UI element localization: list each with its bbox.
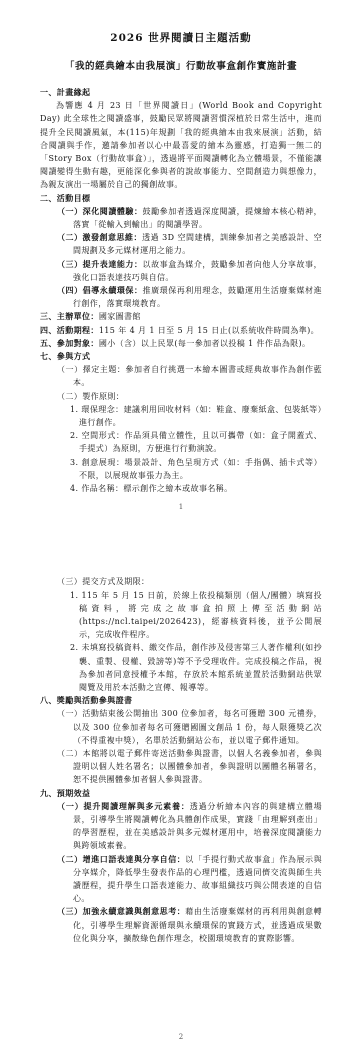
section-1-paragraph: 為響應 4 月 23 日「世界閱讀日」(World Book and Copyr… [40,99,322,191]
list-item: （二）製作原則： [57,390,322,403]
list-item: （四）倡導永續環保：推廣環保再利用理念，鼓勵運用生活廢棄媒材進行創作，落實環境教… [57,284,322,310]
list-item: （三）提交方式及期限： [57,575,322,588]
section-3-label: 三、主辦單位： [40,311,99,321]
list-item-label: （二）增進口語表達與分享自信： [57,854,185,864]
list-item: （一）擇定主題：參加者自行挑選一本繪本圖書或經典故事作為創作藍本。 [57,363,322,389]
section-5-line: 五、參加對象：國小（含）以上民眾(每一參加者以投稿 1 件作品為限)。 [40,337,322,350]
numbered-item: 2. 空間形式：作品須具備立體性，且以可攜帶（如：盒子開蓋式、手提式）為原則，方… [70,429,322,455]
section-5-text: 國小（含）以上民眾(每一參加者以投稿 1 件作品為限)。 [99,339,311,348]
document-page-1: 2026 世界閱讀日主題活動 「我的經典繪本由我展演」行動故事盒創作實施計畫 一… [0,0,362,517]
section-heading-1: 一、計畫緣起 [40,86,322,99]
section-heading-7: 七、參與方式 [40,350,322,363]
section-5-label: 五、參加對象： [40,338,99,348]
list-item: （三）提升表達能力：以故事盒為媒介，鼓勵參加者向他人分享故事，強化口語表達技巧與… [57,258,322,284]
section-3-line: 三、主辦單位：國家圖書館 [40,310,322,323]
section-heading-9: 九、預期效益 [40,787,322,800]
doc-title: 2026 世界閱讀日主題活動 [40,30,322,45]
numbered-item: 1. 環保理念：建議利用回收材料（如：鞋盒、廢棄紙盒、包裝紙等）進行創作。 [70,403,322,429]
list-item: （一）活動結束後公開抽出 300 位參加者，每名可獲贈 300 元禮券，以及 3… [57,707,322,747]
section-4-label: 四、活動期程： [40,325,99,335]
document-page-2: （三）提交方式及期限： 1. 115 年 5 月 15 日前，於線上依投稿類別（… [0,517,362,1051]
section-heading-8: 八、獎勵與活動參與證書 [40,694,322,707]
list-item: （一）提升閱讀理解與多元素養：透過分析繪本內容的與建構立體場景，引導學生將閱讀轉… [57,800,322,853]
section-3-text: 國家圖書館 [99,312,141,321]
page-number-2: 2 [40,1025,322,1041]
list-item-label: （二）激發創意思維： [57,232,142,242]
list-item: （二）本館將以電子郵件寄送活動參與證書，以個人名義參加者，參與證明以個人姓名署名… [57,747,322,787]
list-item: （二）激發創意思維：透過 3D 空間建構，訓練參加者之美感設計、空間規劃及多元媒… [57,231,322,257]
list-item-label: （一）深化閱讀體驗： [57,206,143,216]
list-item: （三）加強永續意識與創意思考：藉由生活廢棄媒材的再利用與創意轉化，引導學生理解資… [57,905,322,945]
section-heading-2: 二、活動目標 [40,192,322,205]
list-item-label: （一）提升閱讀理解與多元素養： [57,801,190,811]
numbered-item: 2. 未填寫投稿資料、繳交作品，創作涉及侵害第三人著作權利(如抄襲、重製、侵權、… [70,641,322,694]
numbered-item: 3. 創意展現：場景設計、角色呈現方式（如：手指偶、插卡式等）不限，以展現故事張… [70,456,322,482]
doc-subtitle: 「我的經典繪本由我展演」行動故事盒創作實施計畫 [40,58,322,72]
list-item-label: （三）加強永續意識與創意思考： [57,906,185,916]
section-4-text: 115 年 4 月 1 日至 5 月 15 日止(以系統收件時間為準)。 [99,326,319,335]
numbered-item: 4. 作品名稱：標示創作之繪本或故事名稱。 [70,482,322,495]
list-item-label: （四）倡導永續環保： [57,285,143,295]
numbered-item: 1. 115 年 5 月 15 日前，於線上依投稿類別（個人/團體）填寫投稿資料… [70,589,322,642]
list-item-label: （三）提升表達能力： [57,259,143,269]
list-item: （一）深化閱讀體驗：鼓勵參加者透過深度閱讀，提煉繪本核心精神，落實「從輸入到輸出… [57,205,322,231]
section-4-line: 四、活動期程：115 年 4 月 1 日至 5 月 15 日止(以系統收件時間為… [40,324,322,337]
page-number-1: 1 [40,495,322,511]
list-item: （二）增進口語表達與分享自信：以「手提行動式故事盒」作為展示與分享媒介，降低學生… [57,853,322,906]
